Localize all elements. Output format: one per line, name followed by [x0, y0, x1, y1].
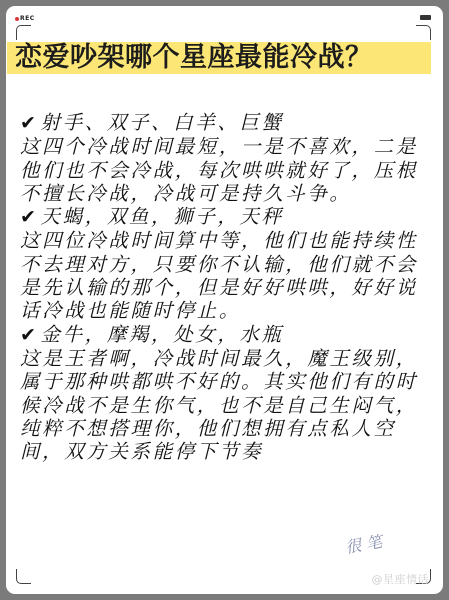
- content-body: ✔射手、双子、白羊、巨蟹 这四个冷战时间最短，一是不喜欢，二是 他们也不会冷战，…: [20, 111, 440, 463]
- frame-corner-bottom-left: [16, 569, 31, 584]
- section-heading: ✔射手、双子、白羊、巨蟹: [20, 111, 440, 135]
- check-icon: ✔: [20, 324, 39, 346]
- page-title: 恋爱吵架哪个星座最能冷战？: [15, 40, 373, 76]
- paragraph-line: 不擅长冷战，冷战可是持久斗争。: [20, 182, 440, 205]
- paragraph-line: 纯粹不想搭理你，他们想拥有点私人空: [20, 417, 440, 440]
- paragraph-line: 不去理对方，只要你不认输，他们就不会: [20, 253, 440, 276]
- battery-icon: [420, 15, 431, 20]
- heading-text: 射手、双子、白羊、巨蟹: [41, 111, 284, 134]
- paragraph-line: 他们也不会冷战，每次哄哄就好了，压根: [20, 159, 440, 182]
- paragraph-line: 是先认输的那个，但是好好哄哄，好好说: [20, 276, 440, 299]
- section-heading: ✔天蝎，双鱼，狮子，天秤: [20, 205, 440, 229]
- watermark: @星座情话: [372, 571, 430, 587]
- paragraph-line: 这是王者啊，冷战时间最久，魔王级别，: [20, 347, 440, 370]
- paragraph-line: 间，双方关系能停下节奏: [20, 440, 440, 463]
- rec-label: REC: [20, 15, 35, 22]
- check-icon: ✔: [20, 112, 39, 134]
- rec-indicator: REC: [15, 15, 35, 22]
- record-dot-icon: [15, 17, 19, 21]
- frame-corner-top-right: [416, 25, 431, 40]
- heading-text: 天蝎，双鱼，狮子，天秤: [41, 205, 284, 228]
- paragraph-line: 话冷战也能随时停止。: [20, 299, 440, 322]
- paragraph-line: 候冷战不是生你气，也不是自己生闷气，: [20, 394, 440, 417]
- section-heading: ✔金牛，摩羯，处女，水瓶: [20, 323, 440, 347]
- paragraph-line: 这四位冷战时间算中等，他们也能持续性: [20, 229, 440, 252]
- post-card: REC 恋爱吵架哪个星座最能冷战？ ✔射手、双子、白羊、巨蟹 这四个冷战时间最短…: [6, 6, 443, 594]
- check-icon: ✔: [20, 206, 39, 228]
- frame-corner-top-left: [16, 25, 31, 40]
- paragraph-line: 属于那种哄都哄不好的。其实他们有的时: [20, 370, 440, 393]
- heading-text: 金牛，摩羯，处女，水瓶: [41, 323, 284, 346]
- paragraph-line: 这四个冷战时间最短，一是不喜欢，二是: [20, 135, 440, 158]
